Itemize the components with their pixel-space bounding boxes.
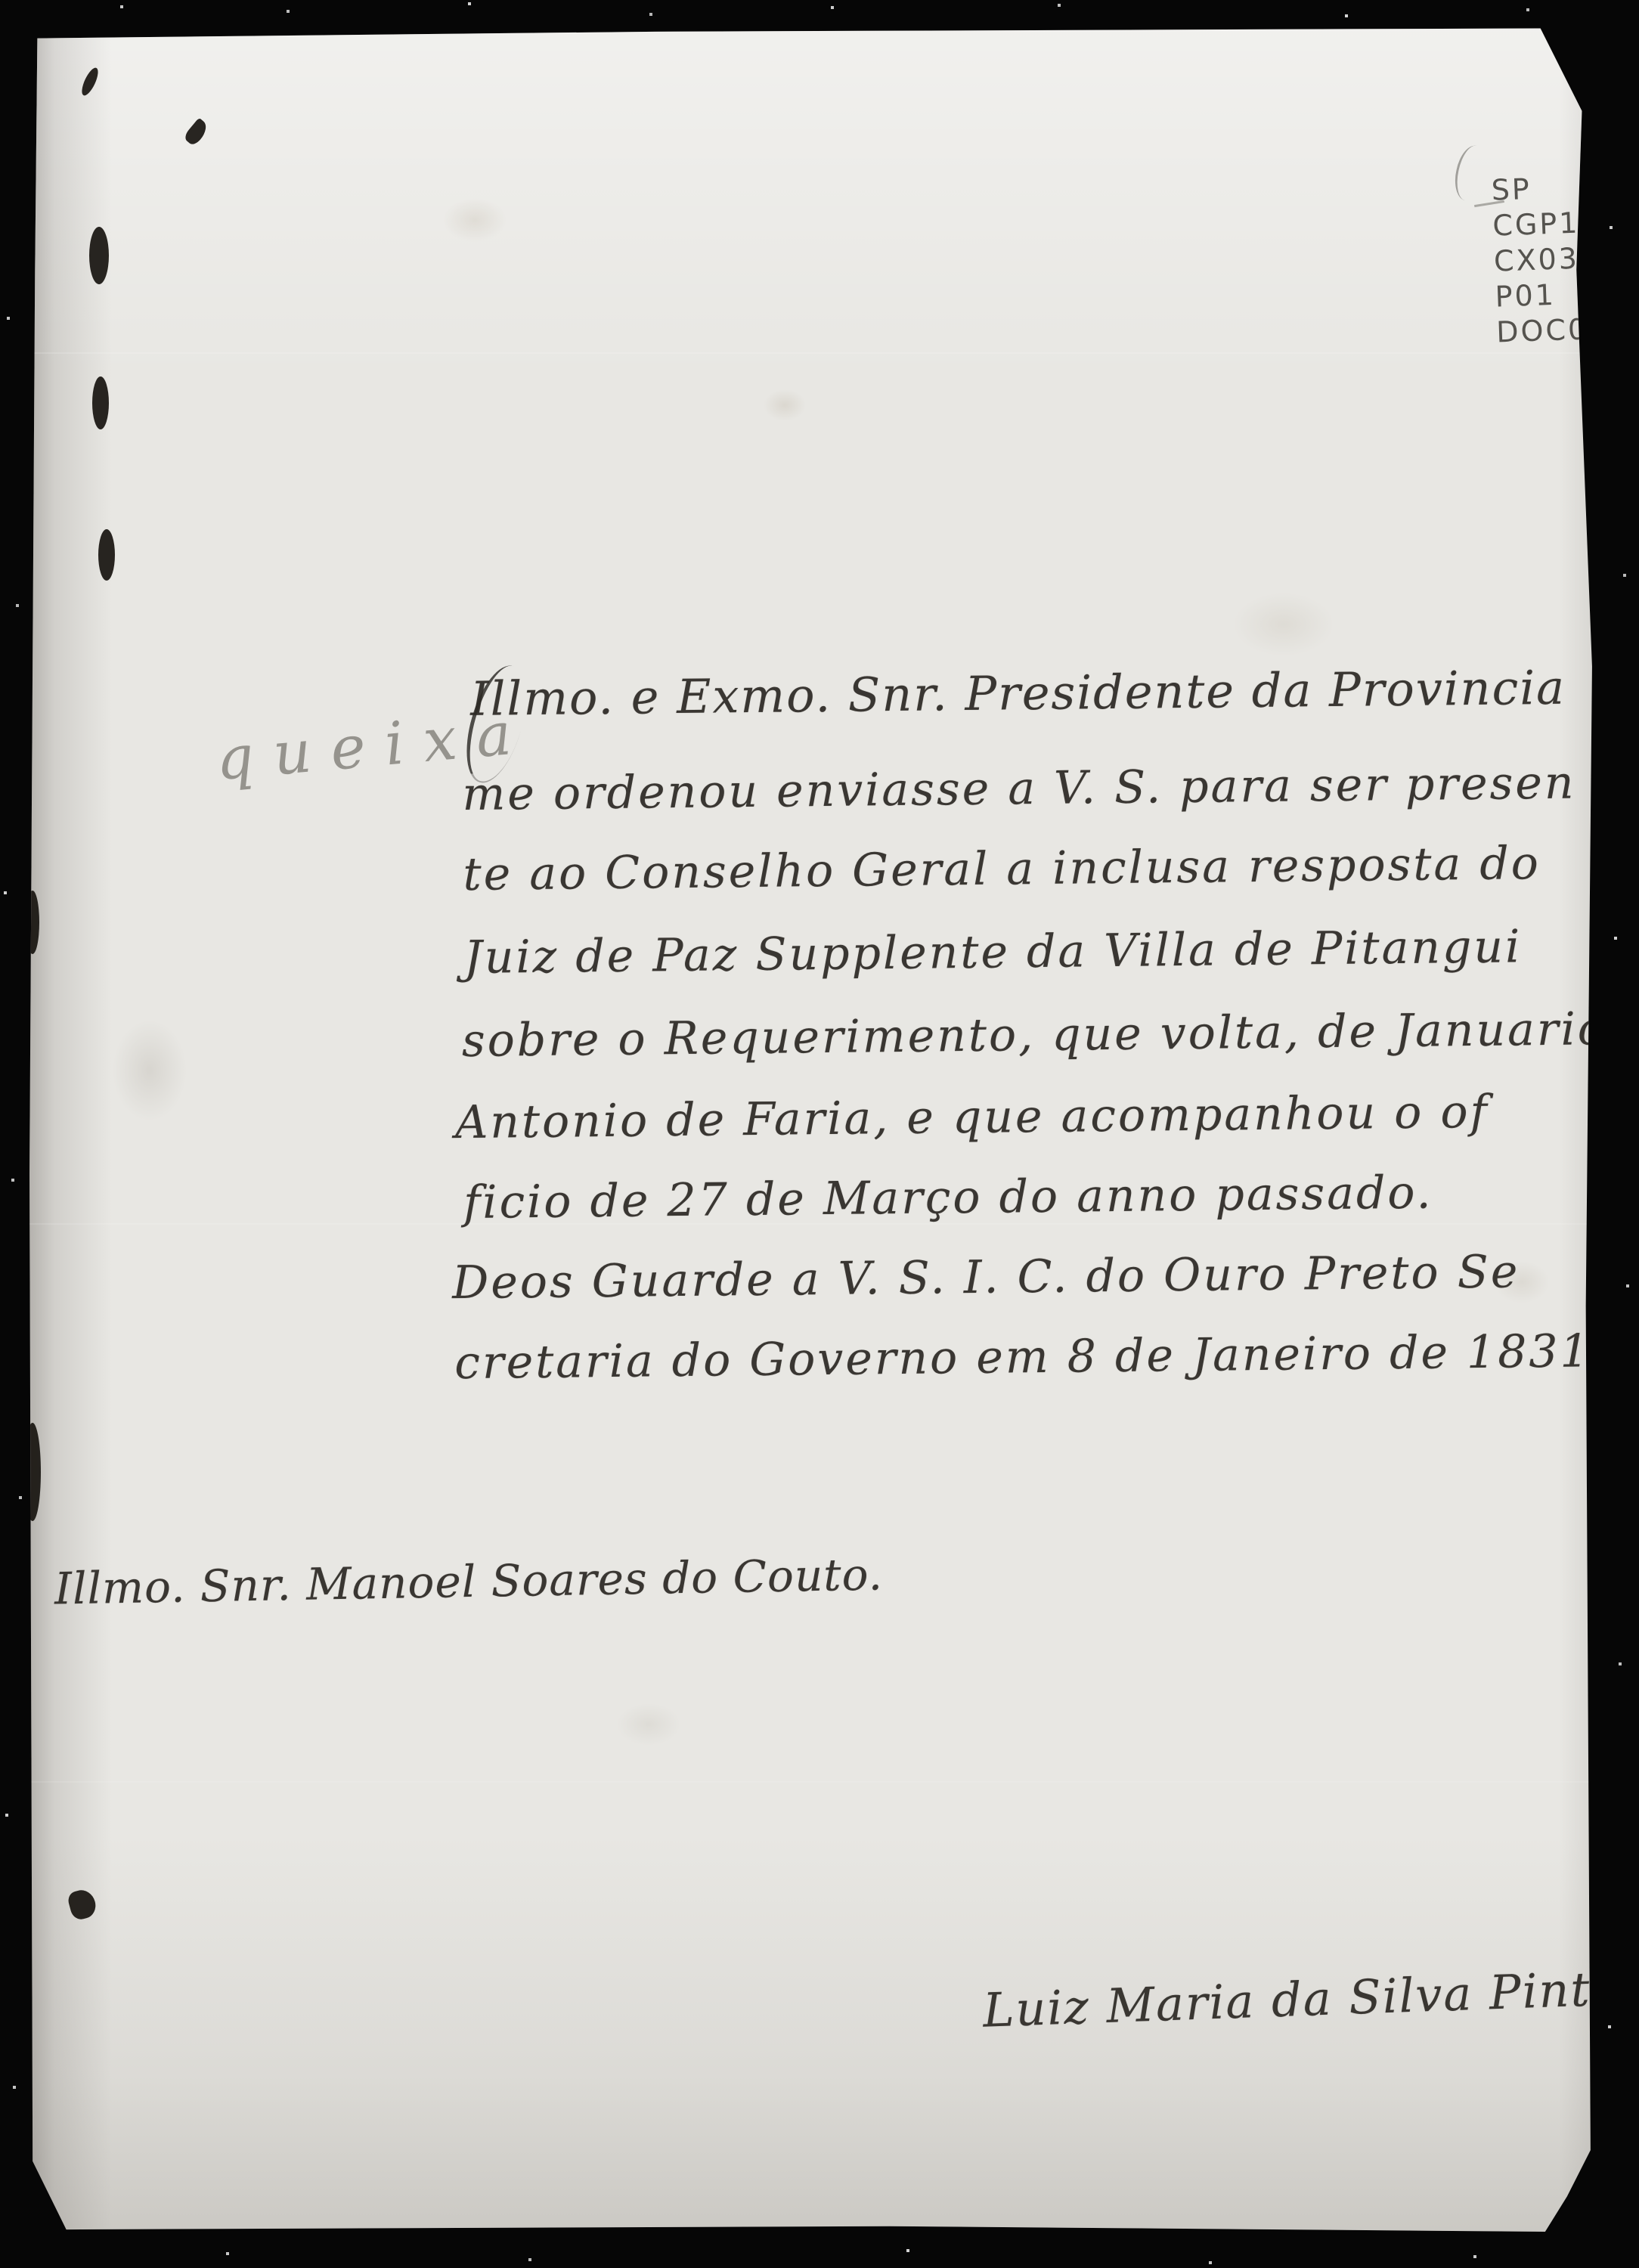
ink-blot [24, 1423, 41, 1521]
ink-blot [92, 376, 109, 429]
scan-streak [29, 1781, 1594, 1783]
signature: Luiz Maria da Silva Pinto [982, 1960, 1622, 2037]
ink-blot [79, 66, 101, 98]
archival-reference-note: SP CGP1 CX03 P01 DOC03 [1491, 169, 1610, 350]
letter-line: sobre o Requerimento, que volta, de Janu… [461, 1002, 1607, 1067]
letter-line: Juiz de Paz Supplente da Villa de Pitang… [463, 920, 1522, 984]
letter-line: ficio de 27 de Março do anno passado. [463, 1167, 1433, 1229]
ink-blot [67, 1887, 99, 1922]
scan-streak [29, 352, 1594, 354]
pencil-mark-arc [1451, 143, 1492, 203]
ink-blot [182, 118, 210, 147]
letter-line: me ordenou enviasse a V. S. para ser pre… [462, 757, 1576, 821]
scan-background: { "doc": { "archival_note": ["SP", "CGP1… [0, 0, 1639, 2268]
archival-note-line: SP [1491, 169, 1605, 208]
letter-line: cretaria do Governo em 8 de Janeiro de 1… [454, 1325, 1608, 1390]
archival-note-line: CGP1 [1492, 204, 1606, 243]
letter-line: Deos Guarde a V. S. I. C. do Ouro Preto … [452, 1245, 1520, 1309]
archival-note-line: P01 [1495, 275, 1609, 314]
ink-blot [26, 891, 39, 954]
letter-line: Antonio de Faria, e que acompanhou o of [455, 1086, 1489, 1149]
letter-page: SP CGP1 CX03 P01 DOC03 queixa Illmo. e E… [29, 27, 1594, 2232]
letter-line-salutation: Illmo. e Exmo. Snr. Presidente da Provin… [470, 660, 1566, 727]
archival-note-line: DOC03 [1496, 311, 1610, 350]
letter-body: Illmo. e Exmo. Snr. Presidente da Provin… [460, 626, 1618, 1470]
ink-blot [89, 227, 109, 284]
scan-noise-speckles [0, 0, 2, 2]
archival-note-line: CX03 [1493, 240, 1607, 279]
addressee-line: Illmo. Snr. Manoel Soares do Couto. [54, 1548, 883, 1614]
letter-line: te ao Conselho Geral a inclusa resposta … [463, 837, 1541, 901]
ink-blot [98, 529, 115, 581]
